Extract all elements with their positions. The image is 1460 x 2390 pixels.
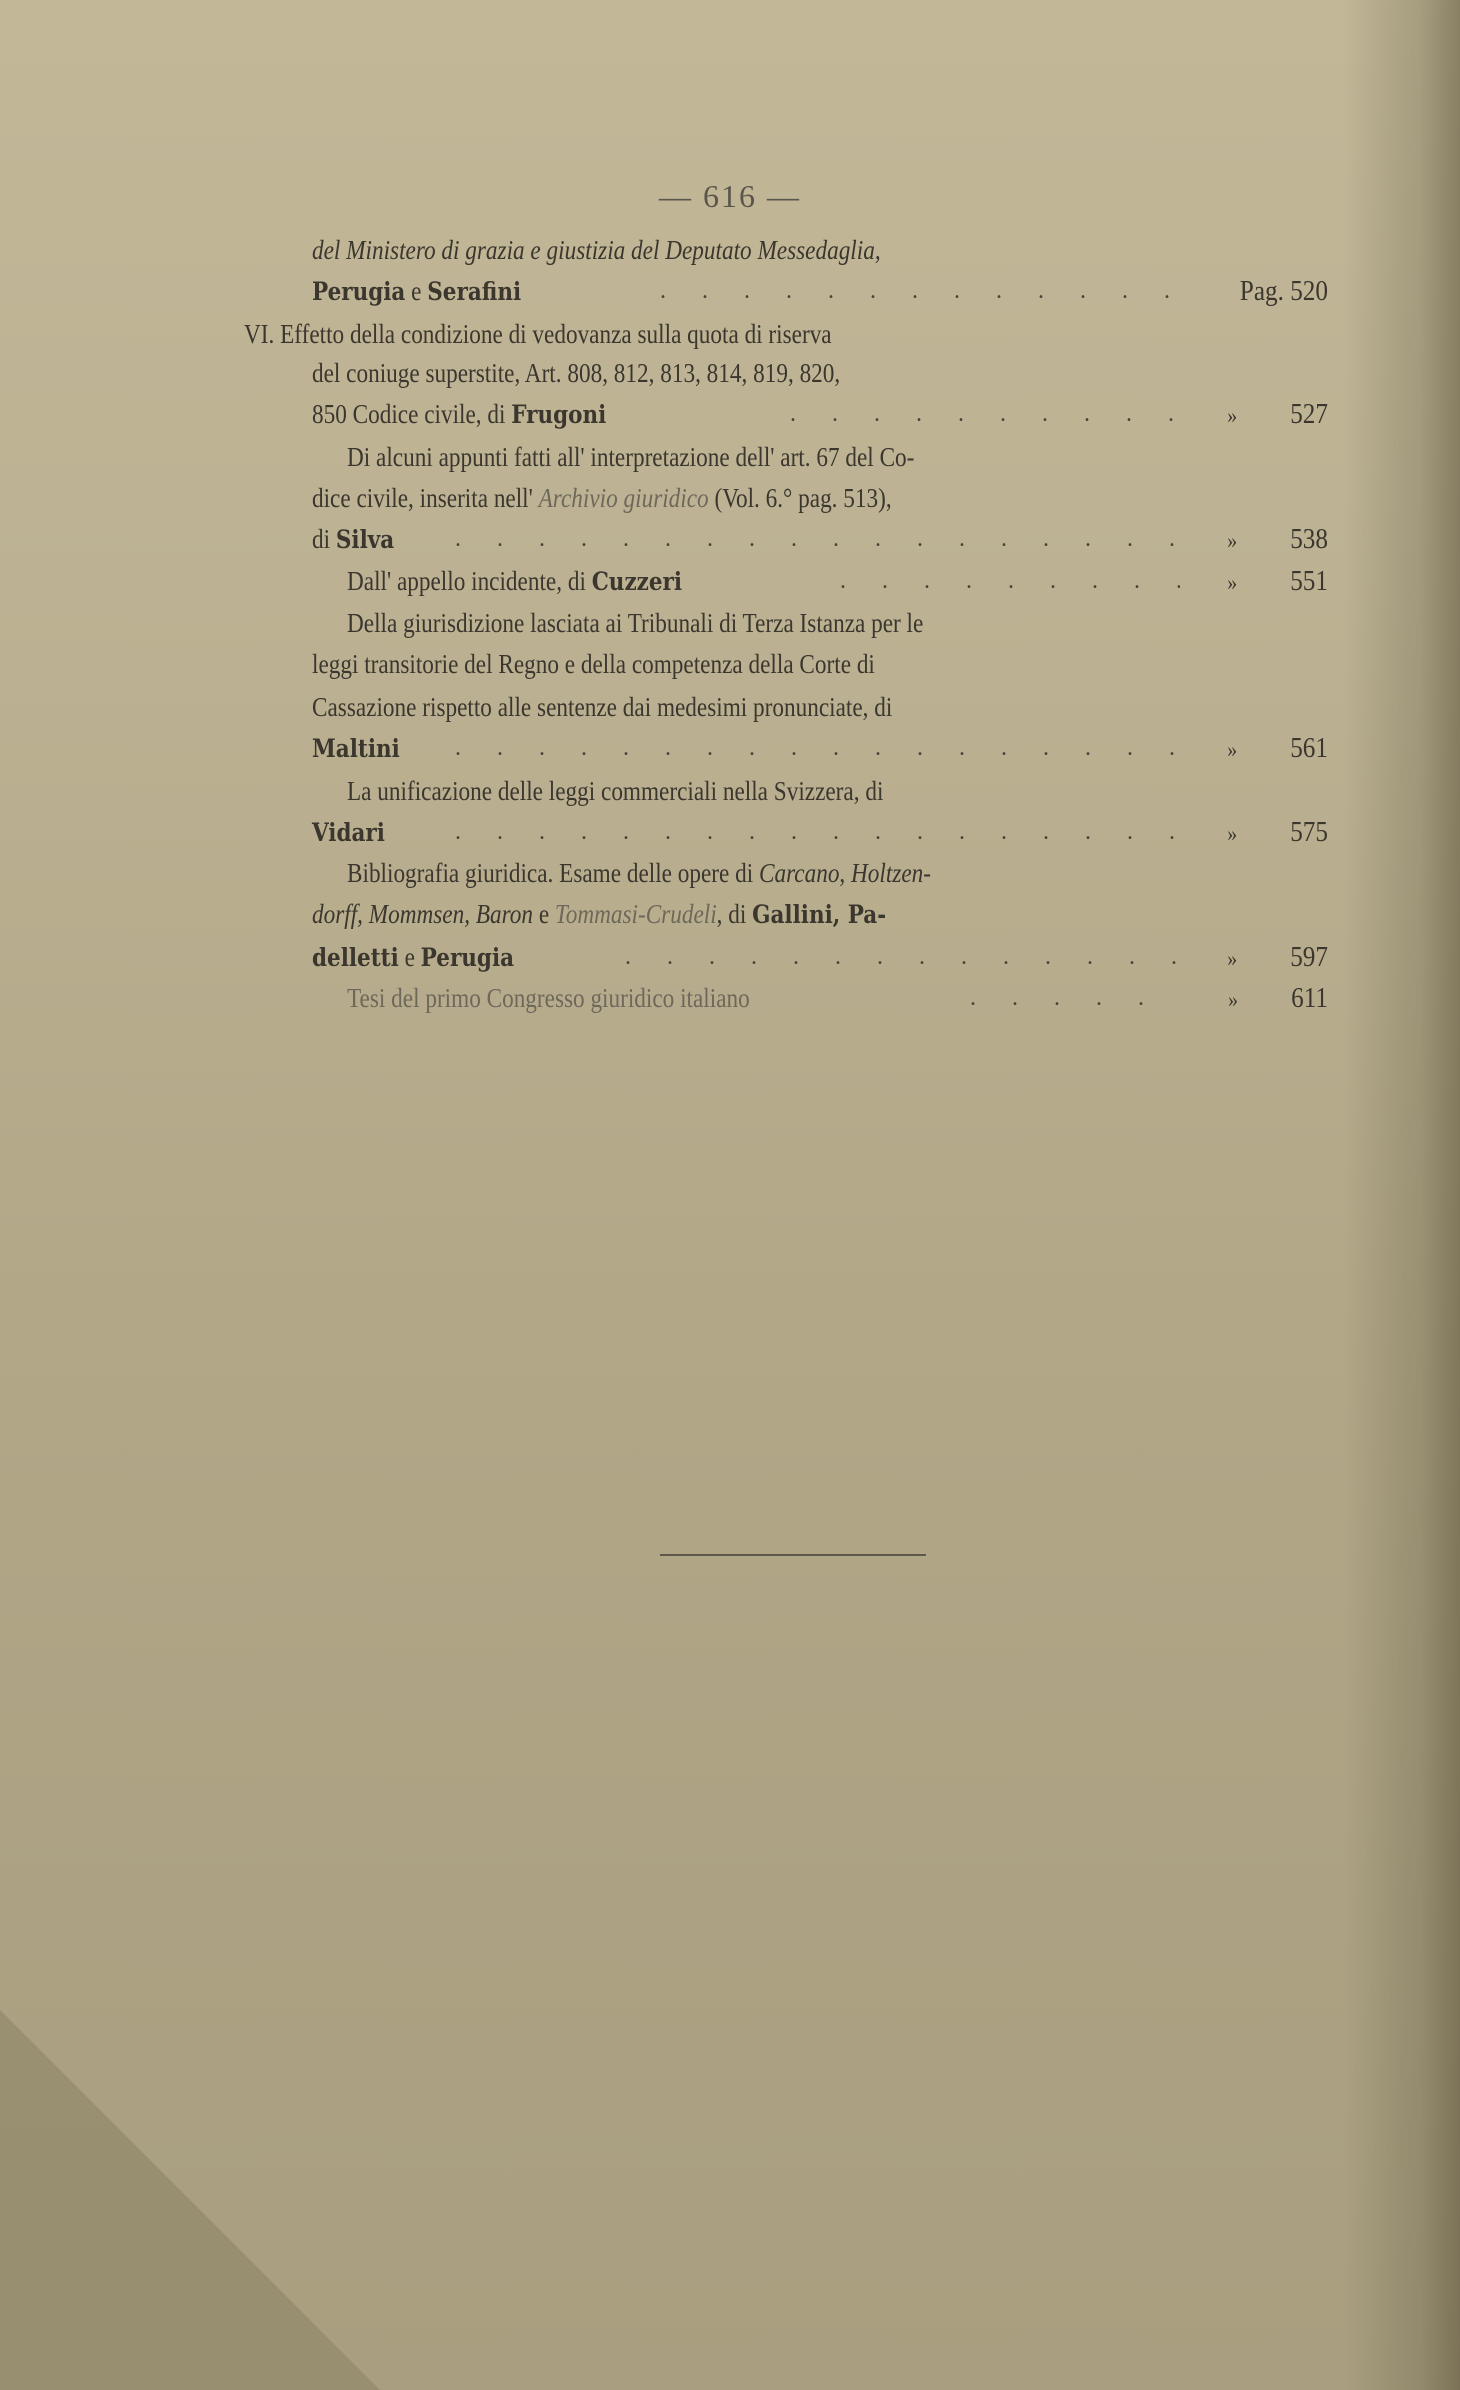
page-reference: »561 [1184, 728, 1328, 769]
page-ref-number: 538 [1290, 524, 1328, 555]
ditto-mark: » [1227, 562, 1290, 603]
page-ref-number: 520 [1290, 276, 1328, 307]
author-name: delletti [312, 943, 399, 972]
author-name: Maltini [312, 734, 400, 763]
toc-text-italic: del Ministero di grazia e giustizia del … [312, 235, 881, 265]
cited-author: Holtzen- [851, 858, 931, 888]
ditto-mark: » [1228, 979, 1291, 1020]
author-name: Silva [336, 525, 394, 554]
page-ref-number: 527 [1290, 399, 1328, 430]
toc-text: Bibliografia giuridica. Esame delle oper… [347, 858, 759, 888]
toc-line: Della giurisdizione lasciata ai Tribunal… [347, 603, 923, 644]
toc-line: La unificazione delle leggi commerciali … [347, 771, 883, 812]
page-prefix: Pag. [1240, 276, 1284, 307]
ditto-mark: » [1227, 938, 1290, 979]
toc-entry-perugia-serafini: Perugia e Serafini [312, 271, 521, 312]
page-reference: »575 [1184, 812, 1328, 853]
cited-author: Carcano [759, 858, 839, 888]
author-name: Frugoni [511, 400, 606, 429]
toc-line: Di alcuni appunti fatti all' interpretaz… [347, 437, 914, 478]
toc-text: Tesi del primo Congresso giuridico itali… [347, 983, 750, 1013]
page-reference: Pag. 520 [1184, 271, 1328, 312]
toc-line: del coniuge superstite, Art. 808, 812, 8… [312, 353, 840, 394]
toc-entry-cuzzeri: Dall' appello incidente, di Cuzzeri [347, 561, 682, 602]
toc-text: e [533, 899, 555, 929]
toc-entry-frugoni: 850 Codice civile, di Frugoni [312, 394, 606, 435]
toc-line-section-vi: VI. Effetto della condizione di vedovanz… [244, 314, 832, 355]
page-corner-shadow [0, 2010, 380, 2390]
toc-entry-silva: di Silva [312, 519, 394, 560]
toc-text: e [405, 276, 427, 306]
toc-line: leggi transitorie del Regno e della comp… [312, 644, 875, 685]
toc-line: Bibliografia giuridica. Esame delle oper… [347, 853, 931, 894]
cited-author: Tommasi-Crudeli [555, 899, 717, 929]
page-reference: »551 [1184, 561, 1328, 602]
ditto-mark: » [1227, 520, 1290, 561]
page-number: — 616 — [0, 178, 1460, 215]
toc-text: 850 Codice civile, di [312, 399, 511, 429]
page-ref-number: 575 [1290, 817, 1328, 848]
toc-text: di [312, 524, 336, 554]
toc-text: Di alcuni appunti fatti all' interpretaz… [347, 442, 914, 472]
toc-text: VI. Effetto della condizione di vedovanz… [244, 319, 832, 349]
ditto-mark: » [1227, 813, 1290, 854]
author-name: Serafini [427, 277, 521, 306]
toc-text: Cassazione rispetto alle sentenze dai me… [312, 692, 892, 722]
author-name: Perugia [421, 943, 514, 972]
leader-dots: . . . . . . . . . . . . . . . . . . . . … [970, 978, 1180, 1019]
toc-line: dice civile, inserita nell' Archivio giu… [312, 478, 892, 519]
author-name: Gallini, Pa- [752, 900, 886, 929]
author-name: Cuzzeri [592, 567, 682, 596]
cited-author: dorff, Mommsen, Baron [312, 899, 533, 929]
leader-dots: . . . . . . . . . . . . . . . . . . . . … [840, 561, 1180, 602]
ditto-mark: » [1227, 395, 1290, 436]
page-reference: »527 [1184, 394, 1328, 435]
leader-dots: . . . . . . . . . . . . . . . . . . . . … [660, 271, 1180, 312]
end-rule-divider [660, 1554, 926, 1556]
page-reference: »538 [1184, 519, 1328, 560]
toc-text: dice civile, inserita nell' [312, 483, 539, 513]
page-ref-number: 551 [1290, 566, 1328, 597]
page-reference: »611 [1184, 978, 1328, 1019]
page-reference: »597 [1184, 937, 1328, 978]
toc-text: La unificazione delle leggi commerciali … [347, 776, 883, 806]
journal-title: Archivio giuridico [539, 483, 709, 513]
toc-line: Cassazione rispetto alle sentenze dai me… [312, 687, 892, 728]
toc-line: dorff, Mommsen, Baron e Tommasi-Crudeli,… [312, 894, 886, 935]
toc-text: , [839, 858, 851, 888]
leader-dots: . . . . . . . . . . . . . . . . . . . . … [455, 519, 1180, 560]
toc-text: Dall' appello incidente, di [347, 566, 592, 596]
ditto-mark: » [1227, 729, 1290, 770]
toc-entry-padelletti-perugia: delletti e Perugia [312, 937, 514, 978]
toc-line: del Ministero di grazia e giustizia del … [312, 230, 881, 271]
page-ref-number: 597 [1290, 942, 1328, 973]
leader-dots: . . . . . . . . . . . . . . . . . . . . … [455, 812, 1180, 853]
leader-dots: . . . . . . . . . . . . . . . . . . . . … [625, 937, 1180, 978]
toc-text: leggi transitorie del Regno e della comp… [312, 649, 875, 679]
author-name: Vidari [312, 818, 385, 847]
author-name: Perugia [312, 277, 405, 306]
leader-dots: . . . . . . . . . . . . . . . . . . . . … [455, 728, 1180, 769]
toc-text: Della giurisdizione lasciata ai Tribunal… [347, 608, 923, 638]
toc-entry-vidari: Vidari [312, 812, 385, 853]
page-ref-number: 561 [1290, 733, 1328, 764]
toc-text: e [399, 942, 421, 972]
toc-text: (Vol. 6.° pag. 513), [709, 483, 892, 513]
toc-text: del coniuge superstite, Art. 808, 812, 8… [312, 358, 840, 388]
page-ref-number: 611 [1291, 983, 1328, 1014]
page-edge-shadow [1420, 0, 1460, 2390]
toc-entry-maltini: Maltini [312, 728, 400, 769]
toc-entry-tesi-congresso: Tesi del primo Congresso giuridico itali… [347, 978, 750, 1019]
toc-text: , di [717, 899, 752, 929]
leader-dots: . . . . . . . . . . . . . . . . . . . . … [790, 394, 1180, 435]
